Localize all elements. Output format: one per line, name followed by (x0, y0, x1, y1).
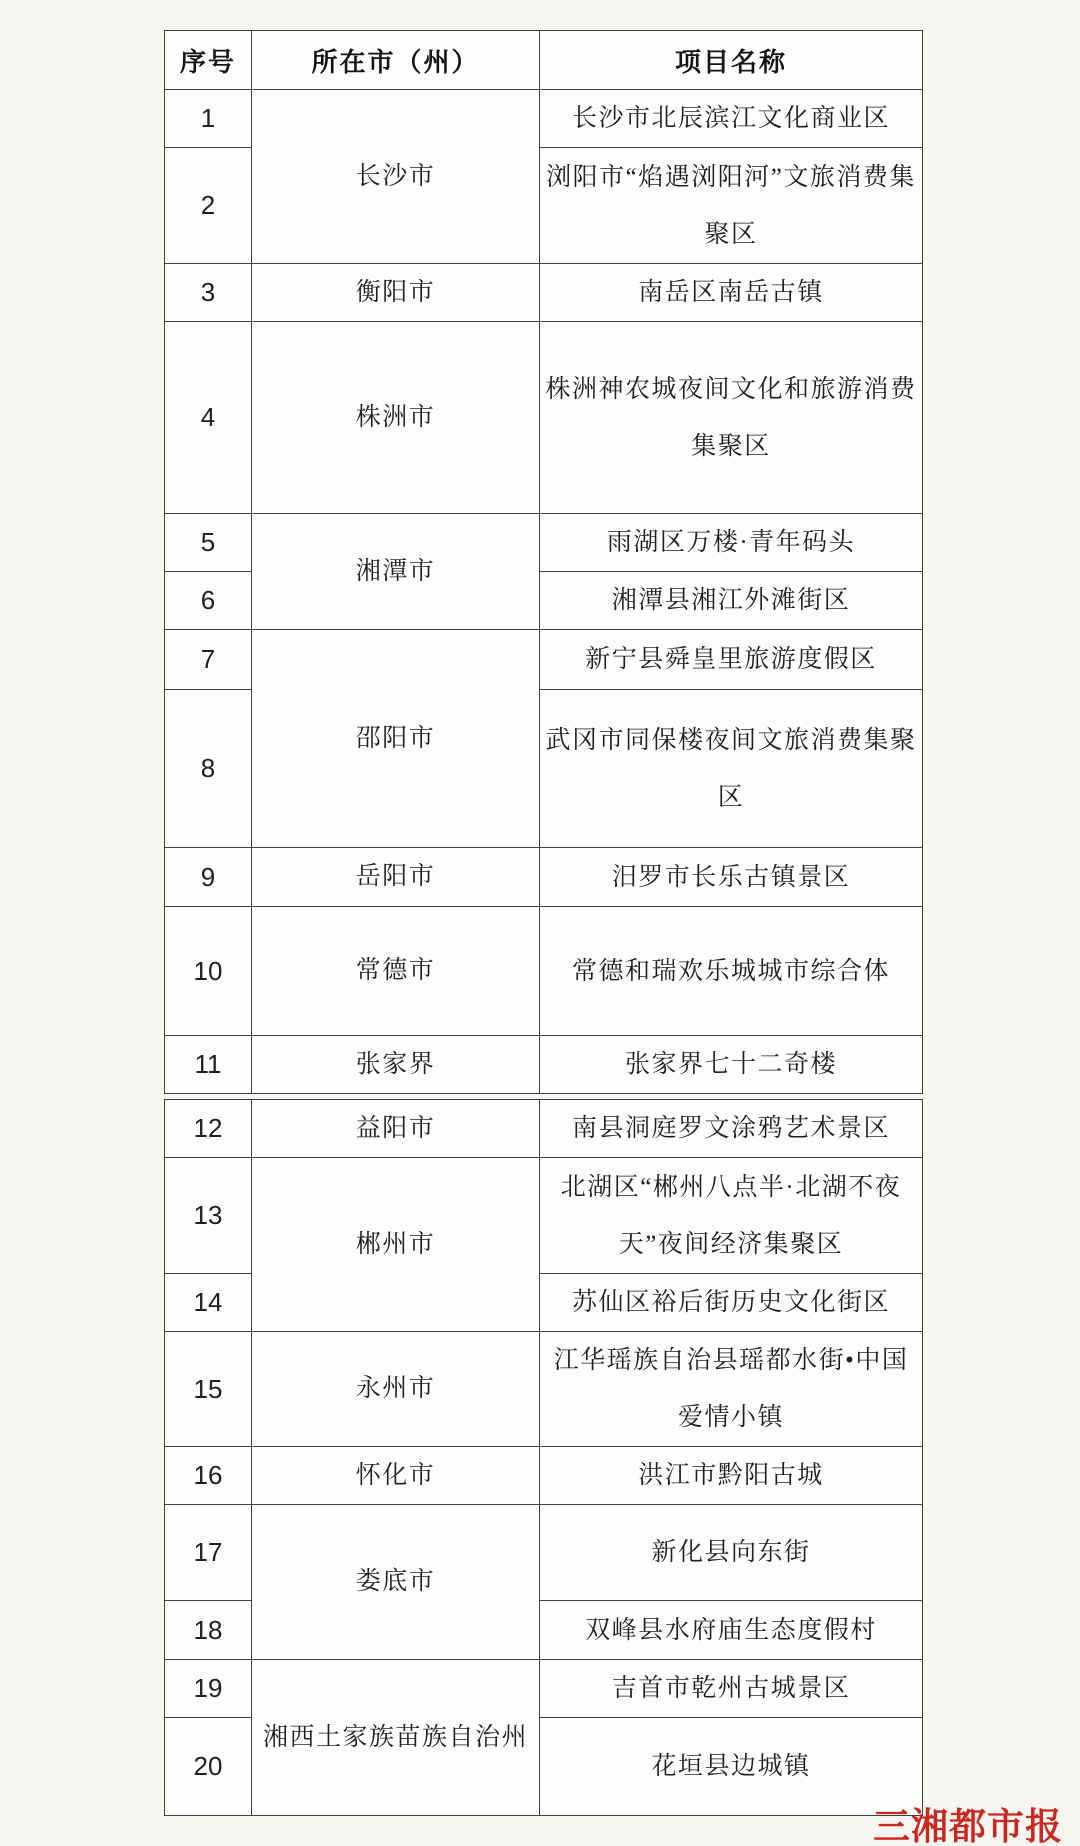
city-cell: 岳阳市 (252, 848, 540, 907)
serial-cell: 20 (165, 1718, 252, 1816)
serial-cell: 5 (165, 514, 252, 572)
city-cell: 怀化市 (252, 1447, 540, 1505)
newspaper-logo: 三湘都市报 (873, 1796, 1063, 1846)
serial-cell: 3 (165, 264, 252, 322)
project-cell: 南县洞庭罗文涂鸦艺术景区 (540, 1100, 923, 1158)
projects-table-sheet: 序号 所在市（州） 项目名称 1 长沙市 长沙市北辰滨江文化商业区 2 浏阳市“… (164, 30, 922, 1816)
city-cell: 衡阳市 (252, 264, 540, 322)
table-row: 10 常德市 常德和瑞欢乐城城市综合体 (165, 907, 923, 1036)
header-serial: 序号 (165, 31, 252, 90)
table-row: 16 怀化市 洪江市黔阳古城 (165, 1447, 923, 1505)
city-cell: 长沙市 (252, 90, 540, 264)
projects-table-part-2: 12 益阳市 南县洞庭罗文涂鸦艺术景区 13 郴州市 北湖区“郴州八点半·北湖不… (164, 1099, 923, 1816)
table-row: 4 株洲市 株洲神农城夜间文化和旅游消费集聚区 (165, 322, 923, 514)
table-row: 19 湘西土家族苗族自治州 吉首市乾州古城景区 (165, 1660, 923, 1718)
city-cell: 娄底市 (252, 1505, 540, 1660)
city-cell: 湘潭市 (252, 514, 540, 630)
project-cell: 北湖区“郴州八点半·北湖不夜天”夜间经济集聚区 (540, 1158, 923, 1274)
serial-cell: 8 (165, 690, 252, 848)
project-cell: 江华瑶族自治县瑶都水街•中国爱情小镇 (540, 1332, 923, 1447)
serial-cell: 9 (165, 848, 252, 907)
serial-cell: 11 (165, 1036, 252, 1094)
table-row: 11 张家界 张家界七十二奇楼 (165, 1036, 923, 1094)
project-cell: 新宁县舜皇里旅游度假区 (540, 630, 923, 690)
serial-cell: 13 (165, 1158, 252, 1274)
project-cell: 湘潭县湘江外滩街区 (540, 572, 923, 630)
table-row: 5 湘潭市 雨湖区万楼·青年码头 (165, 514, 923, 572)
project-cell: 株洲神农城夜间文化和旅游消费集聚区 (540, 322, 923, 514)
header-project: 项目名称 (540, 31, 923, 90)
table-row: 12 益阳市 南县洞庭罗文涂鸦艺术景区 (165, 1100, 923, 1158)
city-cell: 株洲市 (252, 322, 540, 514)
table-row: 15 永州市 江华瑶族自治县瑶都水街•中国爱情小镇 (165, 1332, 923, 1447)
table-row: 9 岳阳市 汨罗市长乐古镇景区 (165, 848, 923, 907)
table-row: 7 邵阳市 新宁县舜皇里旅游度假区 (165, 630, 923, 690)
serial-cell: 18 (165, 1601, 252, 1660)
project-cell: 新化县向东街 (540, 1505, 923, 1601)
serial-cell: 19 (165, 1660, 252, 1718)
page: { "table": { "headers": ["序号", "所在市（州）",… (0, 0, 1080, 1846)
table-row: 1 长沙市 长沙市北辰滨江文化商业区 (165, 90, 923, 148)
city-cell: 永州市 (252, 1332, 540, 1447)
project-cell: 花垣县边城镇 (540, 1718, 923, 1816)
project-cell: 汨罗市长乐古镇景区 (540, 848, 923, 907)
table-row: 13 郴州市 北湖区“郴州八点半·北湖不夜天”夜间经济集聚区 (165, 1158, 923, 1274)
city-cell: 常德市 (252, 907, 540, 1036)
city-cell: 郴州市 (252, 1158, 540, 1332)
header-city: 所在市（州） (252, 31, 540, 90)
project-cell: 吉首市乾州古城景区 (540, 1660, 923, 1718)
serial-cell: 12 (165, 1100, 252, 1158)
city-cell: 益阳市 (252, 1100, 540, 1158)
header-row: 序号 所在市（州） 项目名称 (165, 31, 923, 90)
serial-cell: 6 (165, 572, 252, 630)
project-cell: 雨湖区万楼·青年码头 (540, 514, 923, 572)
serial-cell: 4 (165, 322, 252, 514)
serial-cell: 14 (165, 1274, 252, 1332)
serial-cell: 7 (165, 630, 252, 690)
project-cell: 苏仙区裕后街历史文化街区 (540, 1274, 923, 1332)
serial-cell: 2 (165, 148, 252, 264)
city-cell: 张家界 (252, 1036, 540, 1094)
serial-cell: 17 (165, 1505, 252, 1601)
city-cell: 湘西土家族苗族自治州 (252, 1660, 540, 1816)
project-cell: 常德和瑞欢乐城城市综合体 (540, 907, 923, 1036)
city-cell: 邵阳市 (252, 630, 540, 848)
projects-table-part-1: 序号 所在市（州） 项目名称 1 长沙市 长沙市北辰滨江文化商业区 2 浏阳市“… (164, 30, 923, 1094)
project-cell: 南岳区南岳古镇 (540, 264, 923, 322)
project-cell: 双峰县水府庙生态度假村 (540, 1601, 923, 1660)
table-row: 3 衡阳市 南岳区南岳古镇 (165, 264, 923, 322)
serial-cell: 15 (165, 1332, 252, 1447)
serial-cell: 16 (165, 1447, 252, 1505)
project-cell: 张家界七十二奇楼 (540, 1036, 923, 1094)
project-cell: 长沙市北辰滨江文化商业区 (540, 90, 923, 148)
project-cell: 武冈市同保楼夜间文旅消费集聚区 (540, 690, 923, 848)
table-row: 17 娄底市 新化县向东街 (165, 1505, 923, 1601)
project-cell: 洪江市黔阳古城 (540, 1447, 923, 1505)
serial-cell: 10 (165, 907, 252, 1036)
serial-cell: 1 (165, 90, 252, 148)
project-cell: 浏阳市“焰遇浏阳河”文旅消费集聚区 (540, 148, 923, 264)
